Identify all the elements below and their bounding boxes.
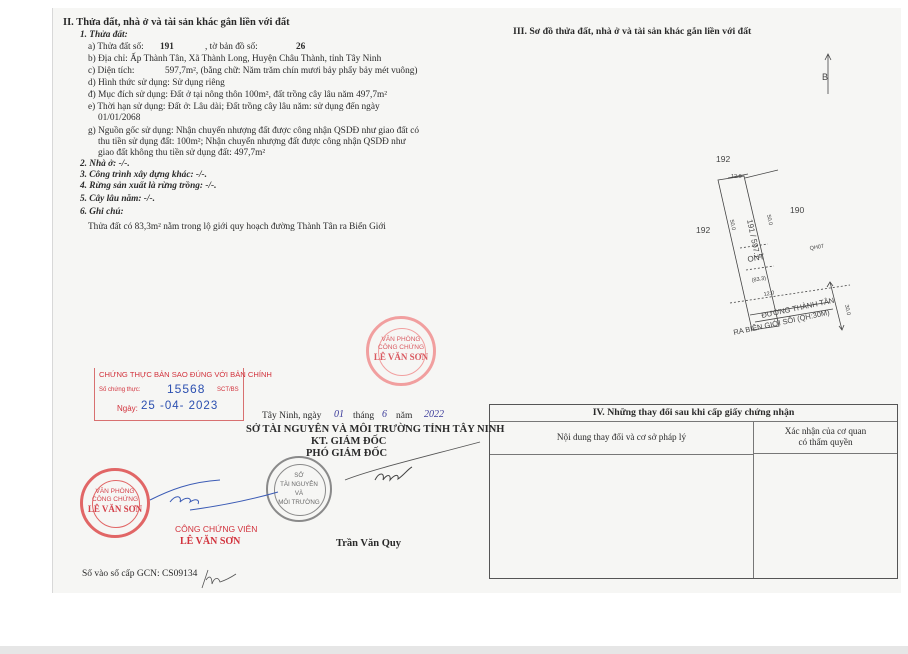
issuing-agency: SỞ TÀI NGUYÊN VÀ MÔI TRƯỜNG TỈNH TÂY NIN… xyxy=(246,424,504,435)
notary-title: CÔNG CHỨNG VIÊN xyxy=(175,524,257,535)
map-sheet-label: , tờ bản đồ số: xyxy=(205,42,258,53)
map-sheet-number: 26 xyxy=(296,42,305,53)
usage-purpose: đ) Mục đích sử dụng: Đất ở tại nông thôn… xyxy=(88,90,387,101)
perennial-trees: 5. Cây lâu năm: -/-. xyxy=(80,194,155,205)
seal-line: CÔNG CHỨNG xyxy=(369,344,433,352)
changes-col-confirmation: Xác nhận của cơ quan có thẩm quyền xyxy=(753,421,897,454)
dim-right: 50.0 xyxy=(765,214,773,226)
usage-term: e) Thời hạn sử dụng: Đất ở: Lâu dài; Đất… xyxy=(88,102,380,113)
planned-area: (83.3) xyxy=(751,276,766,284)
cert-number-label: Số chứng thực: xyxy=(99,387,140,393)
land-heading: 1. Thửa đất: xyxy=(80,30,128,41)
sign-month: 6 xyxy=(382,409,387,420)
initials-icon xyxy=(198,566,238,590)
year-label: năm xyxy=(396,411,412,422)
notary-name: LÊ VĂN SƠN xyxy=(180,536,240,547)
signer-name: Trần Văn Quy xyxy=(336,538,401,549)
seal-line: VĂN PHÒNG xyxy=(369,336,433,344)
origin-line1: g) Nguồn gốc sử dụng: Nhận chuyển nhượng… xyxy=(88,126,419,137)
address: b) Địa chỉ: Ấp Thành Tân, Xã Thành Long,… xyxy=(88,54,381,65)
changes-col-content: Nội dung thay đổi và cơ sở pháp lý xyxy=(490,421,753,455)
notary-seal-faded-icon: VĂN PHÒNG CÔNG CHỨNG LÊ VĂN SƠN xyxy=(366,316,436,386)
cert-date-label: Ngày: xyxy=(117,404,138,413)
dim-road: 30.0 xyxy=(843,304,851,316)
changes-table: IV. Những thay đổi sau khi cấp giấy chứn… xyxy=(489,404,898,579)
seal-line: LÊ VĂN SƠN xyxy=(369,353,433,361)
qh-label: QH07 xyxy=(809,244,824,252)
registry-number: Số vào sổ cấp GCN: CS09134 xyxy=(82,569,197,580)
section3-title: III. Sơ đồ thửa đất, nhà ở và tài sản kh… xyxy=(513,26,751,37)
usage-form: d) Hình thức sử dụng: Sử dụng riêng xyxy=(88,78,225,89)
parcel-number: 191 xyxy=(160,42,174,53)
cert-date: 25 -04- 2023 xyxy=(141,400,218,412)
dim-top: 12.0 xyxy=(731,174,742,180)
sign-year: 2022 xyxy=(424,409,444,420)
parcel-diagram: B 192 192 190 12.0 191 / 597.7 50.0 50.0… xyxy=(690,50,890,340)
notary-signature-icon xyxy=(130,470,280,520)
place-date-label: Tây Ninh, ngày xyxy=(262,411,321,422)
north-label: B xyxy=(822,72,828,82)
other-construction: 3. Công trình xây dựng khác: -/-. xyxy=(80,170,207,181)
notes-text: Thửa đất có 83,3m² nằm trong lộ giới quy… xyxy=(88,222,386,233)
changes-col2-body xyxy=(753,454,897,578)
month-label: tháng xyxy=(353,411,374,422)
sign-day: 01 xyxy=(334,409,344,420)
cert-number: 15568 xyxy=(167,382,205,396)
production-forest: 4. Rừng sản xuất là rừng trồng: -/-. xyxy=(80,181,216,192)
origin-line2: thu tiền sử dụng đất: 100m²; Nhận chuyển… xyxy=(98,137,406,148)
section4-title: IV. Những thay đổi sau khi cấp giấy chứn… xyxy=(490,405,897,422)
area-label: c) Diện tích: xyxy=(88,66,134,77)
neighbor-left: 192 xyxy=(696,225,710,235)
signature-scribble-icon xyxy=(340,440,490,500)
neighbor-right: 190 xyxy=(790,205,804,215)
certification-stamp: CHỨNG THỰC BẢN SAO ĐÚNG VỚI BẢN CHÍNH Số… xyxy=(94,368,244,421)
usage-term-date: 01/01/2068 xyxy=(98,113,140,124)
house: 2. Nhà ở: -/-. xyxy=(80,159,130,170)
neighbor-top: 192 xyxy=(716,154,730,164)
viewer-bottom-edge xyxy=(0,646,908,654)
cert-title: CHỨNG THỰC BẢN SAO ĐÚNG VỚI BẢN CHÍNH xyxy=(99,370,272,379)
area-value: 597,7m², (bằng chữ: Năm trăm chín mươi b… xyxy=(165,66,417,77)
land-type: ONT xyxy=(747,252,765,264)
parcel-number-label: a) Thửa đất số: xyxy=(88,42,144,53)
dim-bottom: 12.0 xyxy=(763,290,775,298)
col2-line2: có thẩm quyền xyxy=(754,437,897,448)
section2-title: II. Thửa đất, nhà ở và tài sản khác gắn … xyxy=(63,17,290,28)
cert-number-suffix: SCT/BS xyxy=(217,387,239,393)
origin-line3: giao đất không thu tiền sử dụng đất: 497… xyxy=(98,148,265,159)
col2-line1: Xác nhận của cơ quan xyxy=(754,426,897,437)
notes-heading: 6. Ghi chú: xyxy=(80,207,124,218)
